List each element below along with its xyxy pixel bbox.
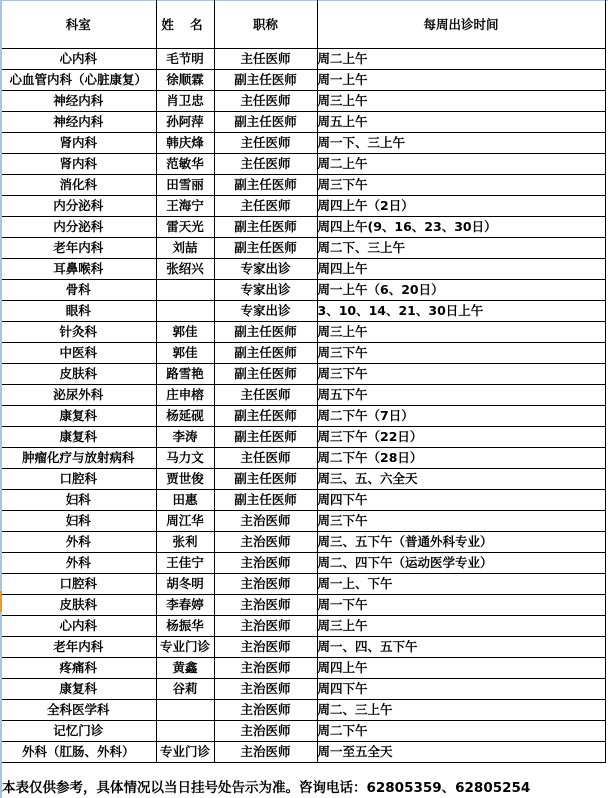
cell-title: 副主任医师 — [214, 343, 317, 364]
table-row: 康复科杨延砚副主任医师周二下午（7日） — [1, 406, 605, 427]
table-row: 口腔科贾世俊副主任医师周三、五、六全天 — [1, 469, 605, 490]
cell-doctor-name: 胡冬明 — [156, 574, 214, 595]
cell-title: 专家出诊 — [214, 301, 317, 322]
cell-doctor-name: 毛节明 — [156, 49, 214, 70]
cell-doctor-name: 王海宁 — [156, 196, 214, 217]
cell-title: 副主任医师 — [214, 112, 317, 133]
cell-doctor-name: 孙阿萍 — [156, 112, 214, 133]
table-row: 妇科田惠副主任医师周四下午 — [1, 490, 605, 511]
table-row: 心内科毛节明主任医师周二上午 — [1, 49, 605, 70]
cell-doctor-name: 雷天光 — [156, 217, 214, 238]
cell-title: 副主任医师 — [214, 238, 317, 259]
cell-title: 主治医师 — [214, 574, 317, 595]
cell-clinic-time: 周一下、三上午 — [317, 133, 605, 154]
table-row: 神经内科孙阿萍副主任医师周五上午 — [1, 112, 605, 133]
cell-clinic-time: 周四上午 — [317, 658, 605, 679]
table-row: 记忆门诊主治医师周二下午 — [1, 721, 605, 742]
cell-clinic-time: 周三下午 — [317, 343, 605, 364]
table-row: 外科（肛肠、外科）专业门诊主治医师周一至五全天 — [1, 742, 605, 763]
table-row: 全科医学科主治医师周二、三上午 — [1, 700, 605, 721]
cell-department: 皮肤科 — [1, 364, 156, 385]
header-department: 科室 — [1, 0, 156, 49]
cell-title: 专家出诊 — [214, 280, 317, 301]
cell-clinic-time: 周三上午 — [317, 91, 605, 112]
cell-doctor-name: 王佳宁 — [156, 553, 214, 574]
table-row: 针灸科郭佳副主任医师周三上午 — [1, 322, 605, 343]
cell-doctor-name — [156, 301, 214, 322]
cell-department: 神经内科 — [1, 91, 156, 112]
table-row: 妇科周江华主治医师周三下午 — [1, 511, 605, 532]
table-row: 疼痛科黄鑫主治医师周四上午 — [1, 658, 605, 679]
cell-doctor-name: 徐顺霖 — [156, 70, 214, 91]
cell-doctor-name — [156, 700, 214, 721]
table-row: 神经内科肖卫忠主任医师周三上午 — [1, 91, 605, 112]
cell-department: 耳鼻喉科 — [1, 259, 156, 280]
header-time: 每周出诊时间 — [317, 0, 605, 49]
cell-department: 老年内科 — [1, 238, 156, 259]
cell-doctor-name: 黄鑫 — [156, 658, 214, 679]
cell-department: 康复科 — [1, 679, 156, 700]
cell-doctor-name: 张绍兴 — [156, 259, 214, 280]
cell-department: 口腔科 — [1, 469, 156, 490]
cell-title: 主任医师 — [214, 133, 317, 154]
cell-clinic-time: 周三上午 — [317, 616, 605, 637]
cell-department: 中医科 — [1, 343, 156, 364]
table-row: 耳鼻喉科张绍兴专家出诊周四上午 — [1, 259, 605, 280]
cell-title: 主任医师 — [214, 49, 317, 70]
cell-department: 妇科 — [1, 511, 156, 532]
table-row: 骨科专家出诊周一上午（6、20日） — [1, 280, 605, 301]
cell-title: 主治医师 — [214, 700, 317, 721]
cell-doctor-name: 庄申榕 — [156, 385, 214, 406]
cell-department: 泌尿外科 — [1, 385, 156, 406]
cell-title: 主治医师 — [214, 616, 317, 637]
cell-department: 消化科 — [1, 175, 156, 196]
cell-title: 主治医师 — [214, 532, 317, 553]
clinic-schedule-table: 科室 姓 名 职称 每周出诊时间 心内科毛节明主任医师周二上午心血管内科（心脏康… — [1, 0, 606, 763]
table-row: 消化科田雪丽副主任医师周三下午 — [1, 175, 605, 196]
cell-title: 主任医师 — [214, 196, 317, 217]
cell-clinic-time: 周二下、三上午 — [317, 238, 605, 259]
cell-doctor-name — [156, 721, 214, 742]
cell-department: 神经内科 — [1, 112, 156, 133]
cell-doctor-name: 范敏华 — [156, 154, 214, 175]
cell-title: 主治医师 — [214, 742, 317, 763]
row-header-edge — [0, 0, 2, 798]
cell-department: 眼科 — [1, 301, 156, 322]
cell-doctor-name: 路雪艳 — [156, 364, 214, 385]
table-row: 肾内科范敏华主任医师周二上午 — [1, 154, 605, 175]
table-row: 心内科杨振华主治医师周三上午 — [1, 616, 605, 637]
cell-clinic-time: 周三上午 — [317, 322, 605, 343]
cell-doctor-name: 肖卫忠 — [156, 91, 214, 112]
header-name: 姓 名 — [156, 0, 214, 49]
cell-clinic-time: 周一、四、五下午 — [317, 637, 605, 658]
cell-clinic-time: 周一下午 — [317, 595, 605, 616]
cell-doctor-name: 贾世俊 — [156, 469, 214, 490]
cell-clinic-time: 周二下午 — [317, 721, 605, 742]
cell-clinic-time: 周三下午 — [317, 511, 605, 532]
cell-title: 副主任医师 — [214, 175, 317, 196]
cell-department: 妇科 — [1, 490, 156, 511]
cell-clinic-time: 周三、五、六全天 — [317, 469, 605, 490]
selected-row-marker — [0, 591, 2, 612]
cell-department: 外科 — [1, 553, 156, 574]
cell-doctor-name: 郭佳 — [156, 322, 214, 343]
cell-title: 副主任医师 — [214, 364, 317, 385]
cell-department: 骨科 — [1, 280, 156, 301]
cell-doctor-name: 李春婷 — [156, 595, 214, 616]
cell-clinic-time: 周二上午 — [317, 154, 605, 175]
cell-clinic-time: 周四下午 — [317, 490, 605, 511]
table-row: 康复科谷莉主治医师周四下午 — [1, 679, 605, 700]
cell-title: 副主任医师 — [214, 322, 317, 343]
table-row: 肿瘤化疗与放射病科马力文主任医师周二下午（28日） — [1, 448, 605, 469]
cell-clinic-time: 周二、四下午（运动医学专业） — [317, 553, 605, 574]
cell-title: 副主任医师 — [214, 490, 317, 511]
cell-title: 副主任医师 — [214, 70, 317, 91]
cell-clinic-time: 周三下午（22日） — [317, 427, 605, 448]
cell-clinic-time: 周五下午 — [317, 385, 605, 406]
cell-department: 心血管内科（心脏康复） — [1, 70, 156, 91]
cell-title: 主治医师 — [214, 658, 317, 679]
table-row: 老年内科专业门诊主治医师周一、四、五下午 — [1, 637, 605, 658]
table-row: 内分泌科雷天光副主任医师周四上午(9、16、23、30日） — [1, 217, 605, 238]
cell-department: 心内科 — [1, 616, 156, 637]
cell-title: 副主任医师 — [214, 217, 317, 238]
cell-doctor-name: 郭佳 — [156, 343, 214, 364]
cell-clinic-time: 周二下午（7日） — [317, 406, 605, 427]
cell-department: 疼痛科 — [1, 658, 156, 679]
table-row: 外科张利主治医师周三、五下午（普通外科专业） — [1, 532, 605, 553]
cell-doctor-name: 专业门诊 — [156, 637, 214, 658]
cell-doctor-name: 谷莉 — [156, 679, 214, 700]
cell-doctor-name: 刘喆 — [156, 238, 214, 259]
cell-department: 肾内科 — [1, 133, 156, 154]
cell-clinic-time: 周三、五下午（普通外科专业） — [317, 532, 605, 553]
cell-doctor-name: 张利 — [156, 532, 214, 553]
cell-doctor-name: 李涛 — [156, 427, 214, 448]
cell-department: 康复科 — [1, 427, 156, 448]
table-row: 康复科李涛副主任医师周三下午（22日） — [1, 427, 605, 448]
cell-doctor-name — [156, 280, 214, 301]
table-row: 口腔科胡冬明主治医师周一上、下午 — [1, 574, 605, 595]
cell-clinic-time: 3、10、14、21、30日上午 — [317, 301, 605, 322]
cell-title: 主任医师 — [214, 154, 317, 175]
table-body: 心内科毛节明主任医师周二上午心血管内科（心脏康复）徐顺霖副主任医师周一上午神经内… — [1, 49, 605, 763]
cell-title: 主治医师 — [214, 595, 317, 616]
cell-clinic-time: 周三下午 — [317, 364, 605, 385]
table-row: 心血管内科（心脏康复）徐顺霖副主任医师周一上午 — [1, 70, 605, 91]
cell-title: 主任医师 — [214, 385, 317, 406]
table-row: 眼科专家出诊3、10、14、21、30日上午 — [1, 301, 605, 322]
cell-clinic-time: 周二、三上午 — [317, 700, 605, 721]
cell-title: 副主任医师 — [214, 427, 317, 448]
cell-doctor-name: 田惠 — [156, 490, 214, 511]
cell-doctor-name: 周江华 — [156, 511, 214, 532]
table-row: 皮肤科路雪艳副主任医师周三下午 — [1, 364, 605, 385]
cell-title: 副主任医师 — [214, 406, 317, 427]
table-row: 肾内科韩庆烽主任医师周一下、三上午 — [1, 133, 605, 154]
cell-title: 主治医师 — [214, 553, 317, 574]
header-title: 职称 — [214, 0, 317, 49]
table-row: 中医科郭佳副主任医师周三下午 — [1, 343, 605, 364]
cell-title: 主任医师 — [214, 448, 317, 469]
cell-clinic-time: 周一上、下午 — [317, 574, 605, 595]
cell-clinic-time: 周四上午（2日） — [317, 196, 605, 217]
cell-title: 专家出诊 — [214, 259, 317, 280]
table-row: 皮肤科李春婷主治医师周一下午 — [1, 595, 605, 616]
cell-title: 主治医师 — [214, 679, 317, 700]
table-row: 内分泌科王海宁主任医师周四上午（2日） — [1, 196, 605, 217]
header-row: 科室 姓 名 职称 每周出诊时间 — [1, 0, 605, 49]
cell-title: 副主任医师 — [214, 469, 317, 490]
cell-department: 肿瘤化疗与放射病科 — [1, 448, 156, 469]
cell-clinic-time: 周一至五全天 — [317, 742, 605, 763]
cell-doctor-name: 马力文 — [156, 448, 214, 469]
cell-department: 内分泌科 — [1, 196, 156, 217]
cell-title: 主任医师 — [214, 91, 317, 112]
cell-doctor-name: 杨延砚 — [156, 406, 214, 427]
cell-department: 肾内科 — [1, 154, 156, 175]
cell-clinic-time: 周三下午 — [317, 175, 605, 196]
cell-department: 针灸科 — [1, 322, 156, 343]
cell-clinic-time: 周一上午（6、20日） — [317, 280, 605, 301]
cell-title: 主治医师 — [214, 637, 317, 658]
cell-department: 老年内科 — [1, 637, 156, 658]
cell-doctor-name: 杨振华 — [156, 616, 214, 637]
cell-department: 内分泌科 — [1, 217, 156, 238]
cell-clinic-time: 周四上午(9、16、23、30日） — [317, 217, 605, 238]
cell-clinic-time: 周一上午 — [317, 70, 605, 91]
cell-department: 康复科 — [1, 406, 156, 427]
table-row: 老年内科刘喆副主任医师周二下、三上午 — [1, 238, 605, 259]
cell-clinic-time: 周四上午 — [317, 259, 605, 280]
cell-doctor-name: 专业门诊 — [156, 742, 214, 763]
cell-title: 主治医师 — [214, 721, 317, 742]
cell-department: 记忆门诊 — [1, 721, 156, 742]
cell-department: 口腔科 — [1, 574, 156, 595]
cell-doctor-name: 韩庆烽 — [156, 133, 214, 154]
cell-doctor-name: 田雪丽 — [156, 175, 214, 196]
cell-department: 心内科 — [1, 49, 156, 70]
cell-department: 外科 — [1, 532, 156, 553]
cell-clinic-time: 周二上午 — [317, 49, 605, 70]
cell-clinic-time: 周四下午 — [317, 679, 605, 700]
table-row: 泌尿外科庄申榕主任医师周五下午 — [1, 385, 605, 406]
cell-clinic-time: 周二下午（28日） — [317, 448, 605, 469]
cell-department: 全科医学科 — [1, 700, 156, 721]
cell-department: 外科（肛肠、外科） — [1, 742, 156, 763]
table-row: 外科王佳宁主治医师周二、四下午（运动医学专业） — [1, 553, 605, 574]
footer-note: 本表仅供参考，具体情况以当日挂号处告示为准。咨询电话：62805359、6280… — [2, 779, 606, 798]
cell-clinic-time: 周五上午 — [317, 112, 605, 133]
cell-department: 皮肤科 — [1, 595, 156, 616]
cell-title: 主治医师 — [214, 511, 317, 532]
